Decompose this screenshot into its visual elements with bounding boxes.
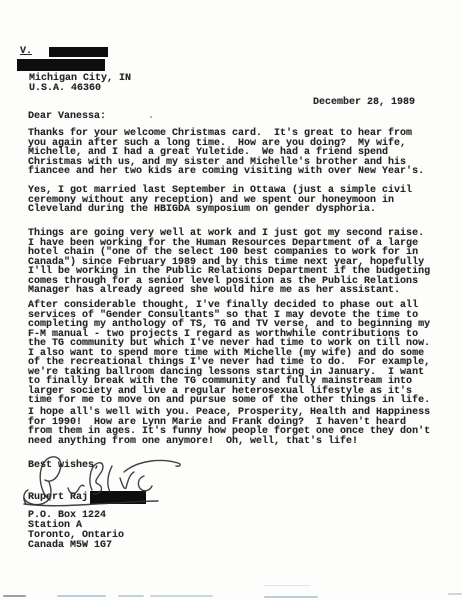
letter-page: V. Michigan City, IN U.S.A. 46360 Decemb… (0, 0, 462, 600)
scan-artifact-dash (57, 595, 106, 597)
sender-country-zip: U.S.A. 46360 (29, 84, 101, 94)
scan-artifact-dash (264, 596, 318, 598)
handwritten-signature-scrawl (16, 450, 206, 510)
return-address: P.O. Box 1224 Station A Toronto, Ontario… (28, 511, 124, 551)
scan-artifact-dash (448, 593, 462, 595)
redaction-bar-sender-line2 (17, 59, 105, 71)
paragraph-1: Thanks for your welcome Christmas card. … (28, 129, 424, 177)
paragraph-3: Things are going very well at work and I… (28, 229, 430, 296)
salutation: Dear Vanessa: (28, 112, 106, 122)
scan-artifact-dash (150, 595, 213, 597)
sender-initial: V. (20, 47, 32, 57)
redaction-bar-sender-line1 (49, 47, 108, 57)
paragraph-2: Yes, I got married last September in Ott… (28, 186, 412, 215)
paragraph-4: After considerable thought, I've finally… (28, 301, 430, 406)
date-line: December 28, 1989 (313, 98, 415, 108)
scan-artifact-speck (150, 116, 152, 118)
scan-artifact-dash (3, 595, 26, 597)
scan-artifact-dash (264, 585, 311, 586)
scan-artifact-dash (118, 595, 144, 597)
paragraph-5: I hope all's well with you. Peace, Prosp… (28, 408, 430, 446)
